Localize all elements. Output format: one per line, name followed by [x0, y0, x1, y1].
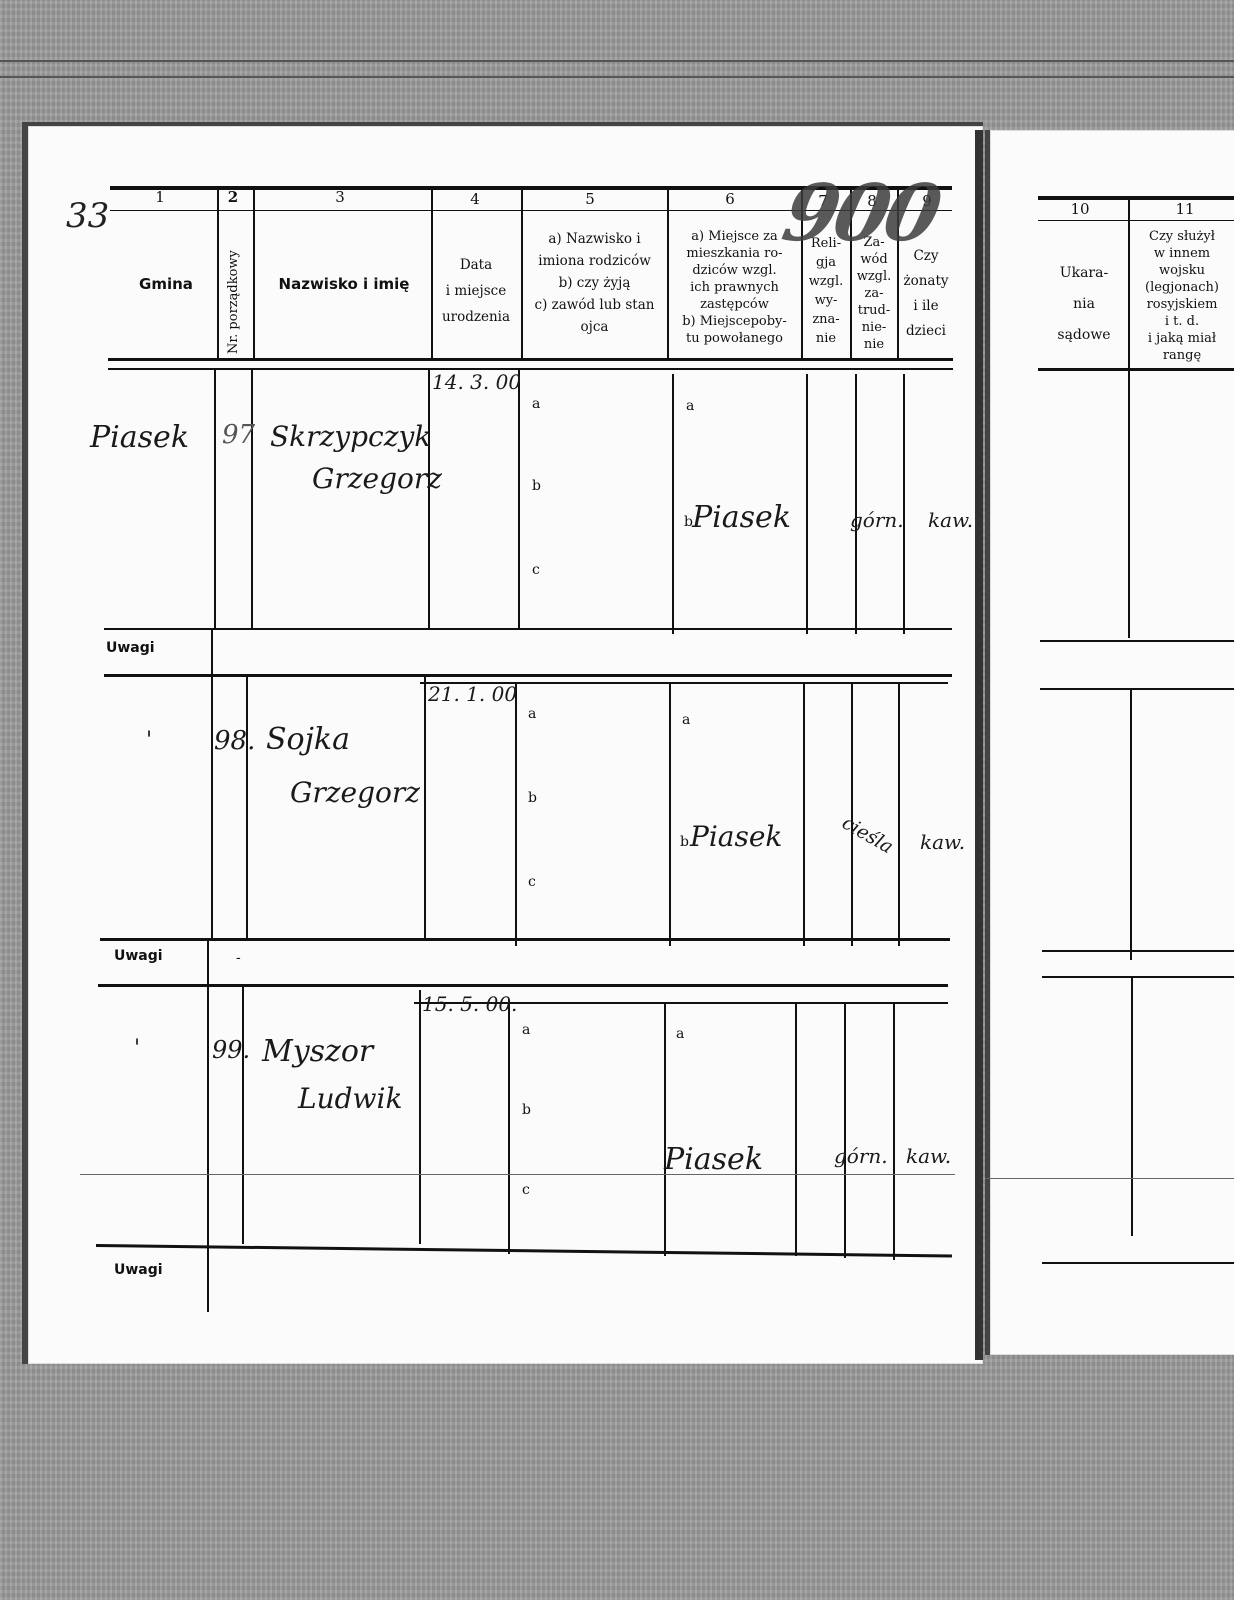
entry-3-married: kaw.	[906, 1144, 951, 1168]
right-remarks-2-bottom	[1042, 976, 1234, 978]
remarks-1-bottom-rule	[104, 674, 952, 677]
header-line: b) czy żyją	[522, 272, 667, 294]
header-sluzba-wojskowa: Czy służył w innem wojsku (legjonach) ro…	[1132, 228, 1232, 364]
entry-1-occupation: górn.	[850, 508, 904, 532]
header-line: zastępców	[668, 296, 801, 313]
header-line: nia	[1040, 289, 1128, 320]
page-number: 33	[66, 196, 109, 236]
entry-2-gmina: '	[146, 728, 152, 753]
entry-2-label-c: c	[528, 874, 536, 890]
row-divider	[214, 368, 216, 630]
entry-1-nr: 97	[222, 420, 255, 450]
right-colnum-rule	[1038, 220, 1234, 221]
entry-3-birth-date: 15. 5. 00.	[422, 992, 517, 1016]
entry-1-surname: Skrzypczyk	[270, 420, 431, 453]
header-bottom-rule-2	[108, 368, 953, 370]
entry-1-birth-date: 14. 3. 00	[432, 370, 521, 394]
header-line: żonaty	[898, 269, 954, 294]
header-line: wzgl.	[851, 268, 897, 285]
header-nazwisko-imie: Nazwisko i imię	[258, 276, 430, 292]
entry-3-label-b: b	[522, 1102, 531, 1118]
header-line: a) Nazwisko i	[522, 228, 667, 250]
entry-2-married: kaw.	[920, 830, 965, 854]
entry-2-given-name: Grzegorz	[290, 776, 420, 809]
row-divider	[211, 676, 213, 938]
header-line: za-	[851, 285, 897, 302]
remarks-label-2: Uwagi	[114, 948, 163, 964]
column-number-11: 11	[1165, 200, 1205, 218]
header-line: imiona rodziców	[522, 250, 667, 272]
header-bottom-rule	[108, 358, 953, 361]
header-line: wy-	[802, 291, 850, 310]
row-divider	[424, 676, 426, 938]
entry-2-bottom-rule	[100, 938, 950, 941]
right-header-bottom-rule	[1038, 368, 1234, 371]
header-line: nie	[802, 329, 850, 348]
entry-1-residence: Piasek	[692, 500, 791, 535]
right-page-mid-rule	[985, 1178, 1234, 1179]
row-divider	[207, 986, 209, 1312]
entry-3-mid-rule	[80, 1174, 955, 1175]
right-remarks-2-top	[1042, 950, 1234, 952]
header-line: sądowe	[1040, 320, 1128, 351]
header-gmina: Gmina	[118, 276, 214, 292]
entry-2-birth-date: 21. 1. 00	[428, 682, 517, 706]
header-line: ich prawnych	[668, 279, 801, 296]
entry-2-remarks: -	[236, 950, 241, 966]
col-divider	[1128, 198, 1130, 638]
header-ukarania: Ukara- nia sądowe	[1040, 258, 1128, 351]
entry-3-gmina: '	[134, 1036, 140, 1061]
header-line: i t. d.	[1132, 313, 1232, 330]
col-divider	[1131, 976, 1133, 1236]
scan-artifact-line	[0, 60, 1234, 62]
entry-2-nr: 98.	[214, 726, 255, 756]
remarks-2-bottom-rule	[98, 984, 948, 987]
entry-3-nr: 99.	[212, 1036, 250, 1064]
stamp-number: 900	[775, 168, 945, 259]
entry-1-label-c: c	[532, 562, 540, 578]
row-divider	[518, 368, 520, 630]
row-divider	[898, 684, 900, 946]
header-line: w innem	[1132, 245, 1232, 262]
header-line: zna-	[802, 310, 850, 329]
col-divider	[1130, 690, 1132, 960]
entry-3-label-c: c	[522, 1182, 530, 1198]
entry-2-label-b: b	[528, 790, 537, 806]
entry-1-label-a: a	[532, 396, 540, 412]
row-divider	[795, 1002, 797, 1256]
row-divider	[855, 374, 857, 634]
row-divider	[806, 374, 808, 634]
book-spine	[975, 130, 983, 1360]
header-line: dzieci	[898, 319, 954, 344]
entry-1-married: kaw.	[928, 508, 973, 532]
row-divider	[903, 374, 905, 634]
row-divider	[246, 676, 248, 938]
header-line: rosyjskiem	[1132, 296, 1232, 313]
entry-2-label-a: a	[528, 706, 536, 722]
header-zonaty: Czy żonaty i ile dzieci	[898, 244, 954, 344]
column-number-10: 10	[1060, 200, 1100, 218]
row-divider	[242, 986, 244, 1244]
row-divider	[419, 990, 421, 1244]
entry-1-gmina: Piasek	[90, 420, 189, 455]
header-line: ojca	[522, 316, 667, 338]
entry-1-bottom-rule	[104, 628, 952, 630]
column-number-4: 4	[455, 190, 495, 208]
row-divider	[844, 1002, 846, 1258]
entry-1-label-6a: a	[686, 398, 694, 414]
entry-3-occupation: górn.	[834, 1144, 888, 1168]
remarks-divider	[207, 940, 209, 986]
row-divider	[803, 684, 805, 946]
entry-3-residence: Piasek	[664, 1142, 763, 1177]
column-number-3: 3	[320, 188, 360, 206]
remarks-label-3: Uwagi	[114, 1262, 163, 1278]
header-data-miejsce: Data i miejsce urodzenia	[432, 252, 520, 330]
right-page-bottom-rule	[1042, 1262, 1234, 1264]
entry-2-surname: Sojka	[266, 722, 350, 757]
row-divider	[251, 368, 253, 630]
scan-artifact-line	[0, 76, 1234, 78]
header-line: urodzenia	[432, 304, 520, 330]
column-number-5: 5	[570, 190, 610, 208]
header-line: tu powołanego	[668, 330, 801, 347]
header-line: rangę	[1132, 347, 1232, 364]
row-divider	[515, 684, 517, 946]
row-divider	[428, 368, 430, 630]
header-line: nie	[851, 336, 897, 353]
header-line: dziców wzgl.	[668, 262, 801, 279]
column-number-1: 1	[140, 188, 180, 206]
entry-3-surname: Myszor	[262, 1034, 373, 1069]
header-line: Ukara-	[1040, 258, 1128, 289]
entry-1-label-b: b	[532, 478, 541, 494]
row-divider	[664, 1002, 666, 1256]
entry-1-given-name: Grzegorz	[312, 462, 442, 495]
header-line: i jaką miał	[1132, 330, 1232, 347]
entry-3-label-a: a	[522, 1022, 530, 1038]
entry-2-residence: Piasek	[690, 820, 782, 853]
header-nr-porzadkowy: Nr. porządkowy	[226, 250, 241, 354]
row-divider	[893, 1002, 895, 1260]
entry-3-given-name: Ludwik	[298, 1082, 402, 1115]
entry-2-label-6b: b	[680, 834, 689, 850]
column-number-6: 6	[710, 190, 750, 208]
header-line: trud-	[851, 302, 897, 319]
header-line: nie-	[851, 319, 897, 336]
entry-2-label-6a: a	[682, 712, 690, 728]
col-divider	[253, 188, 255, 360]
header-line: wzgl.	[802, 272, 850, 291]
entry-3-label-6a: a	[676, 1026, 684, 1042]
remarks-label-1: Uwagi	[106, 640, 155, 656]
right-remarks-1-top	[1040, 640, 1234, 642]
row-divider	[508, 1000, 510, 1254]
header-line: Data	[432, 252, 520, 278]
column-number-2: 2	[216, 188, 250, 206]
header-line: c) zawód lub stan	[522, 294, 667, 316]
header-rodzice: a) Nazwisko i imiona rodziców b) czy żyj…	[522, 228, 667, 338]
remarks-divider	[211, 630, 213, 676]
header-line: b) Miejscepoby-	[668, 313, 801, 330]
header-line: (legjonach)	[1132, 279, 1232, 296]
right-remarks-1-bottom	[1040, 688, 1234, 690]
row-divider	[669, 684, 671, 946]
col-divider	[217, 188, 219, 360]
header-line: Czy służył	[1132, 228, 1232, 245]
header-line: i ile	[898, 294, 954, 319]
row-divider	[672, 374, 674, 634]
header-line: i miejsce	[432, 278, 520, 304]
header-line: wojsku	[1132, 262, 1232, 279]
